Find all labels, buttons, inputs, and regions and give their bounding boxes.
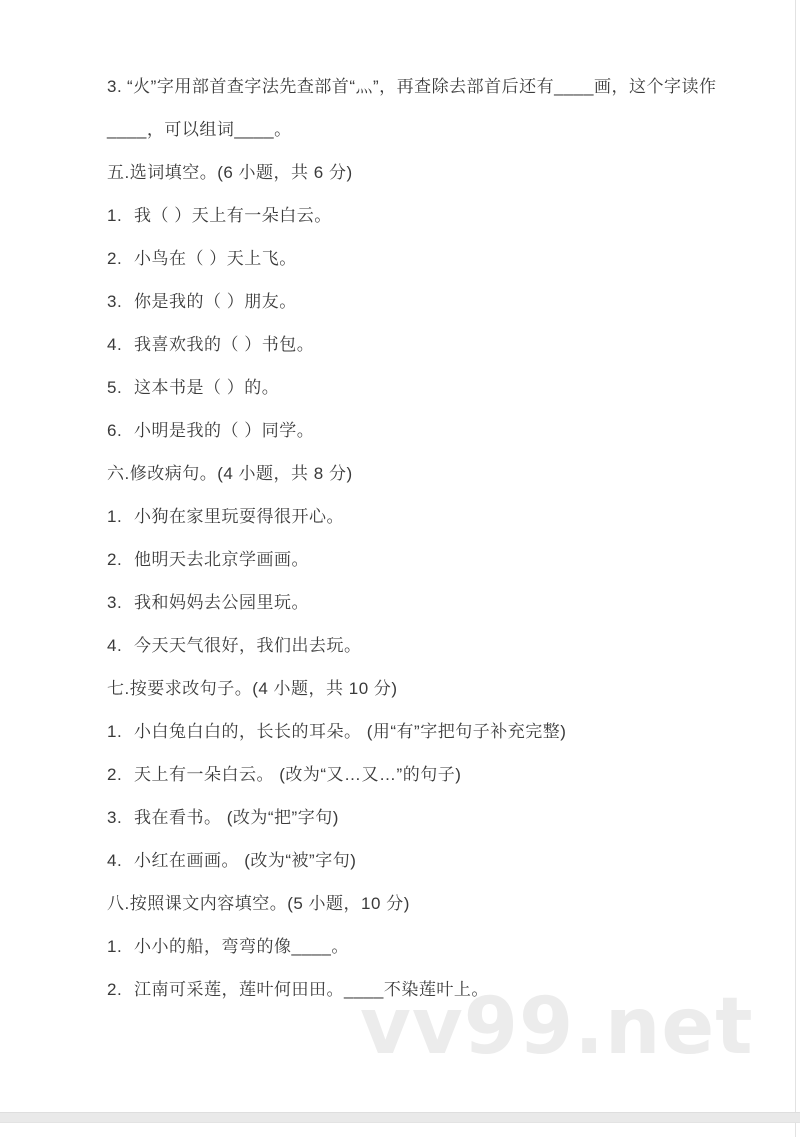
page: 3.“火”字用部首查字法先查部首“灬”，再查除去部首后还有____画，这个字读作… — [0, 0, 795, 1112]
line-number: 1. — [107, 205, 134, 226]
line-text: 小鸟在（ ）天上飞。 — [134, 249, 297, 268]
line-text: 六.修改病句。(4 小题，共 8 分) — [107, 464, 353, 483]
doc-line: 4.我喜欢我的（ ）书包。 — [107, 334, 735, 377]
line-text: 五.选词填空。(6 小题，共 6 分) — [107, 163, 353, 182]
doc-line: ____，可以组词____。 — [107, 119, 735, 162]
line-text: 小小的船，弯弯的像____。 — [134, 937, 349, 956]
line-text: 我和妈妈去公园里玩。 — [134, 593, 309, 612]
line-number: 4. — [107, 334, 134, 355]
line-number: 2. — [107, 979, 134, 1000]
page-right-edge — [795, 0, 796, 1137]
doc-line: 2.小鸟在（ ）天上飞。 — [107, 248, 735, 291]
line-text: 小狗在家里玩耍得很开心。 — [134, 507, 344, 526]
line-text: 他明天去北京学画画。 — [134, 550, 309, 569]
doc-line: 1.小狗在家里玩耍得很开心。 — [107, 506, 735, 549]
line-text: 这本书是（ ）的。 — [134, 378, 279, 397]
doc-line: 2.他明天去北京学画画。 — [107, 549, 735, 592]
document-viewer: 3.“火”字用部首查字法先查部首“灬”，再查除去部首后还有____画，这个字读作… — [0, 0, 800, 1137]
line-number: 2. — [107, 764, 134, 785]
line-number: 2. — [107, 248, 134, 269]
line-text: 八.按照课文内容填空。(5 小题，10 分) — [107, 894, 410, 913]
doc-line: 2.天上有一朵白云。 (改为“又…又…”的句子) — [107, 764, 735, 807]
line-text: 天上有一朵白云。 (改为“又…又…”的句子) — [134, 765, 461, 784]
line-text: 我喜欢我的（ ）书包。 — [134, 335, 314, 354]
doc-line: 6.小明是我的（ ）同学。 — [107, 420, 735, 463]
line-number: 2. — [107, 549, 134, 570]
line-number: 4. — [107, 850, 134, 871]
line-text: 今天天气很好，我们出去玩。 — [134, 636, 362, 655]
line-number: 6. — [107, 420, 134, 441]
doc-line: 4.小红在画画。 (改为“被”字句) — [107, 850, 735, 893]
doc-line: 七.按要求改句子。(4 小题，共 10 分) — [107, 678, 735, 721]
doc-line: 3.我和妈妈去公园里玩。 — [107, 592, 735, 635]
line-text: 我（ ）天上有一朵白云。 — [134, 206, 332, 225]
doc-line: 五.选词填空。(6 小题，共 6 分) — [107, 162, 735, 205]
line-text: 我在看书。 (改为“把”字句) — [134, 808, 339, 827]
line-text: 小白兔白白的，长长的耳朵。 (用“有”字把句子补充完整) — [134, 722, 566, 741]
doc-line: 1.我（ ）天上有一朵白云。 — [107, 205, 735, 248]
line-number: 4. — [107, 635, 134, 656]
line-number: 1. — [107, 721, 134, 742]
line-number: 1. — [107, 936, 134, 957]
document-body: 3.“火”字用部首查字法先查部首“灬”，再查除去部首后还有____画，这个字读作… — [0, 76, 795, 1022]
line-number: 3. — [107, 291, 134, 312]
doc-line: 八.按照课文内容填空。(5 小题，10 分) — [107, 893, 735, 936]
line-text: “火”字用部首查字法先查部首“灬”，再查除去部首后还有____画，这个字读作 — [127, 77, 716, 96]
line-text: 七.按要求改句子。(4 小题，共 10 分) — [107, 679, 398, 698]
line-number: 1. — [107, 506, 134, 527]
watermark: vv99.net — [360, 988, 754, 1066]
doc-line: 5.这本书是（ ）的。 — [107, 377, 735, 420]
next-page — [0, 1123, 795, 1137]
doc-line: 4.今天天气很好，我们出去玩。 — [107, 635, 735, 678]
line-number: 3. — [107, 592, 134, 613]
line-text: ____，可以组词____。 — [107, 120, 292, 139]
line-number: 3. — [107, 807, 134, 828]
doc-line: 六.修改病句。(4 小题，共 8 分) — [107, 463, 735, 506]
doc-line: 1.小白兔白白的，长长的耳朵。 (用“有”字把句子补充完整) — [107, 721, 735, 764]
line-number: 3. — [107, 76, 127, 97]
line-text: 你是我的（ ）朋友。 — [134, 292, 297, 311]
line-text: 小明是我的（ ）同学。 — [134, 421, 314, 440]
line-number: 5. — [107, 377, 134, 398]
page-separator — [0, 1112, 800, 1123]
doc-line: 3.我在看书。 (改为“把”字句) — [107, 807, 735, 850]
doc-line: 1.小小的船，弯弯的像____。 — [107, 936, 735, 979]
doc-line: 3.“火”字用部首查字法先查部首“灬”，再查除去部首后还有____画，这个字读作 — [107, 76, 735, 119]
line-text: 小红在画画。 (改为“被”字句) — [134, 851, 356, 870]
doc-line: 3.你是我的（ ）朋友。 — [107, 291, 735, 334]
